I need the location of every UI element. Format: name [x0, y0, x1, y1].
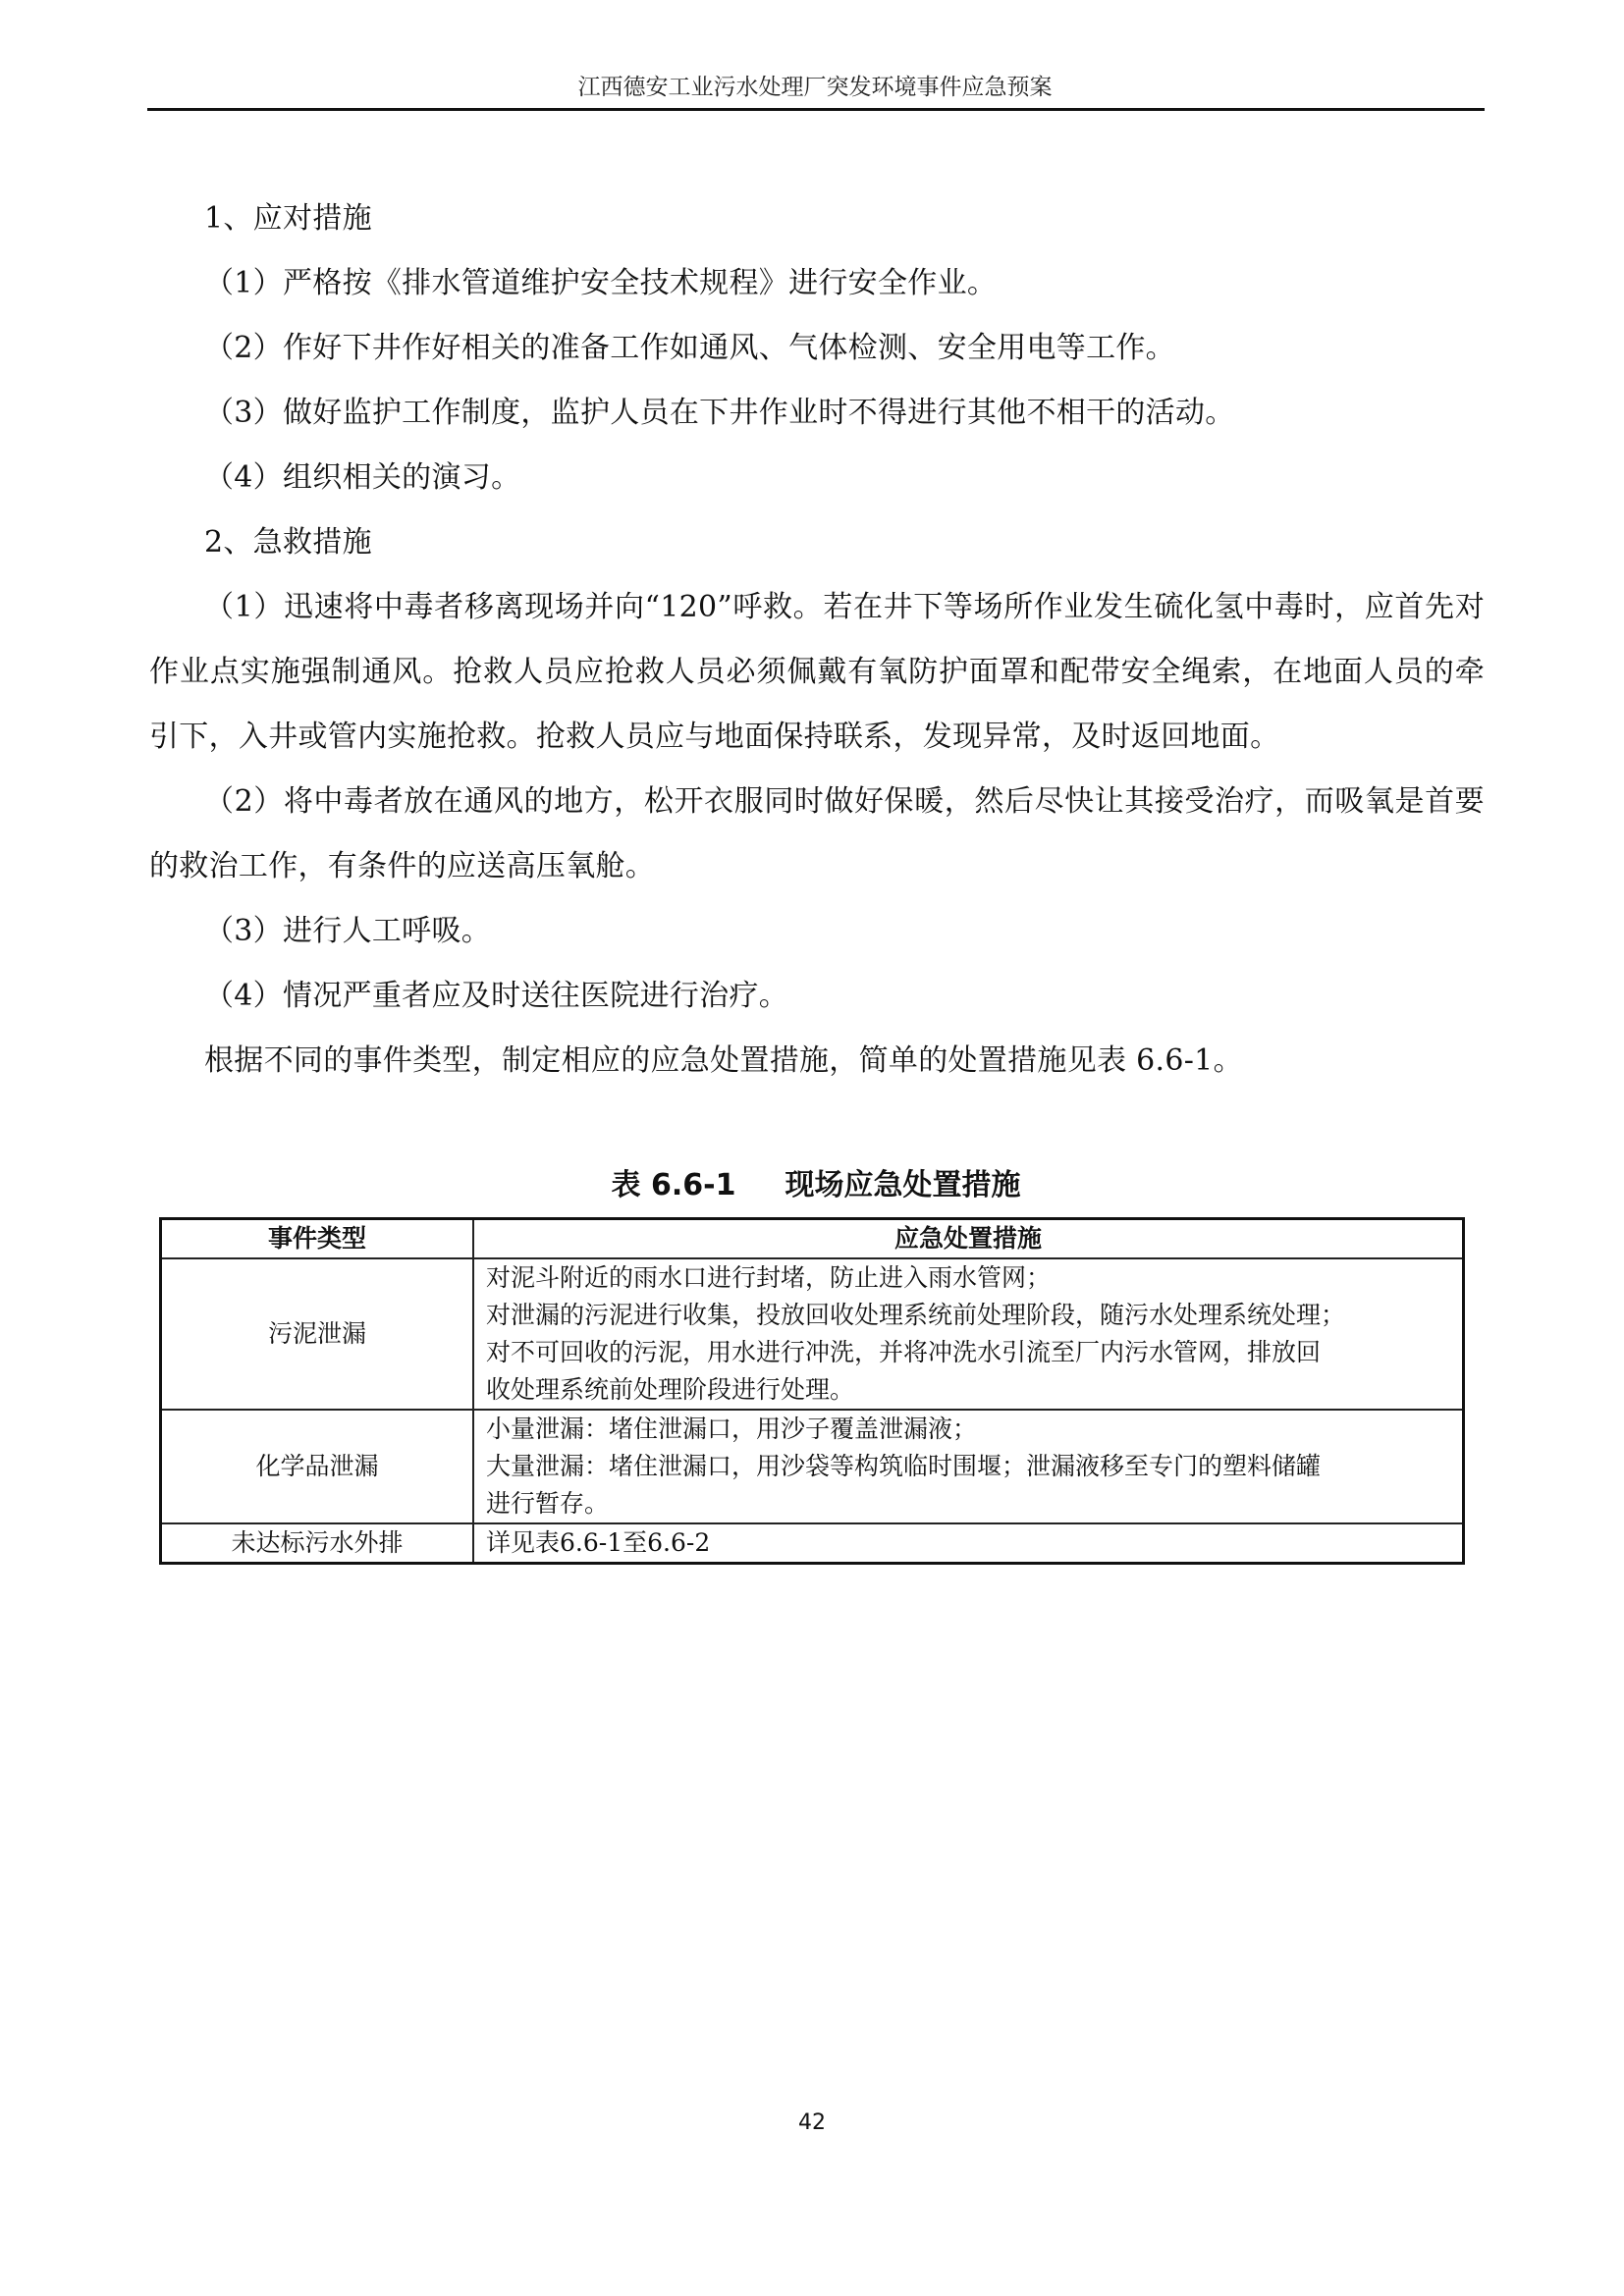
list-item: （1）迅速将中毒者移离现场并向“120”呼救。若在井下等场所作业发生硫化氢中毒时… [149, 575, 1485, 770]
list-item: （1）严格按《排水管道维护安全技术规程》进行安全作业。 [149, 251, 1485, 316]
table-caption-title: 现场应急处置措施 [785, 1168, 1020, 1202]
measure-line: 对泄漏的污泥进行收集，投放回收处理系统前处理阶段，随污水处理系统处理； [486, 1297, 1450, 1334]
measure-line: 收处理系统前处理阶段进行处理。 [486, 1371, 1450, 1409]
measures-cell: 详见表6.6-1至6.6-2 [473, 1523, 1464, 1564]
measure-line: 进行暂存。 [486, 1485, 1450, 1522]
column-header-event-type: 事件类型 [161, 1219, 474, 1259]
page-number: 42 [0, 2110, 1624, 2135]
list-item: （4）组织相关的演习。 [149, 446, 1485, 510]
section-first-aid-measures: （1）迅速将中毒者移离现场并向“120”呼救。若在井下等场所作业发生硫化氢中毒时… [149, 575, 1485, 1094]
table-row: 化学品泄漏 小量泄漏：堵住泄漏口，用沙子覆盖泄漏液； 大量泄漏：堵住泄漏口，用沙… [161, 1410, 1464, 1523]
measure-line: 大量泄漏：堵住泄漏口，用沙袋等构筑临时围堰；泄漏液移至专门的塑料储罐 [486, 1448, 1450, 1485]
measures-cell: 小量泄漏：堵住泄漏口，用沙子覆盖泄漏液； 大量泄漏：堵住泄漏口，用沙袋等构筑临时… [473, 1410, 1464, 1523]
list-item: （2）将中毒者放在通风的地方，松开衣服同时做好保暖，然后尽快让其接受治疗，而吸氧… [149, 770, 1485, 899]
measure-line: 对泥斗附近的雨水口进行封堵，防止进入雨水管网； [486, 1259, 1450, 1297]
list-item: （4）情况严重者应及时送往医院进行治疗。 [149, 964, 1485, 1029]
measure-line: 对不可回收的污泥，用水进行冲洗，并将冲洗水引流至厂内污水管网，排放回 [486, 1334, 1450, 1371]
event-type-cell: 未达标污水外排 [161, 1523, 474, 1564]
table-row: 未达标污水外排 详见表6.6-1至6.6-2 [161, 1523, 1464, 1564]
table-caption-number: 表 6.6-1 [612, 1168, 736, 1202]
section-response-measures: 1、应对措施 （1）严格按《排水管道维护安全技术规程》进行安全作业。 （2）作好… [149, 187, 1485, 575]
column-header-measures: 应急处置措施 [473, 1219, 1464, 1259]
table-caption: 表 6.6-1现场应急处置措施 [147, 1166, 1485, 1205]
measure-line: 小量泄漏：堵住泄漏口，用沙子覆盖泄漏液； [486, 1411, 1450, 1448]
event-type-cell: 化学品泄漏 [161, 1410, 474, 1523]
section-heading: 1、应对措施 [149, 187, 1485, 251]
measures-cell: 对泥斗附近的雨水口进行封堵，防止进入雨水管网； 对泄漏的污泥进行收集，投放回收处… [473, 1258, 1464, 1410]
section-heading: 2、急救措施 [149, 510, 1485, 575]
document-title: 江西德安工业污水处理厂突发环境事件应急预案 [147, 73, 1483, 102]
list-item: （3）做好监护工作制度，监护人员在下井作业时不得进行其他不相干的活动。 [149, 381, 1485, 446]
table-row: 污泥泄漏 对泥斗附近的雨水口进行封堵，防止进入雨水管网； 对泄漏的污泥进行收集，… [161, 1258, 1464, 1410]
list-item: （3）进行人工呼吸。 [149, 899, 1485, 964]
header-divider [147, 108, 1485, 111]
list-item: （2）作好下井作好相关的准备工作如通风、气体检测、安全用电等工作。 [149, 316, 1485, 381]
event-type-cell: 污泥泄漏 [161, 1258, 474, 1410]
measure-line: 详见表6.6-1至6.6-2 [486, 1524, 1450, 1562]
summary-paragraph: 根据不同的事件类型，制定相应的应急处置措施，简单的处置措施见表 6.6-1。 [149, 1029, 1485, 1094]
emergency-measures-table: 事件类型 应急处置措施 污泥泄漏 对泥斗附近的雨水口进行封堵，防止进入雨水管网；… [159, 1217, 1465, 1565]
table-header-row: 事件类型 应急处置措施 [161, 1219, 1464, 1259]
